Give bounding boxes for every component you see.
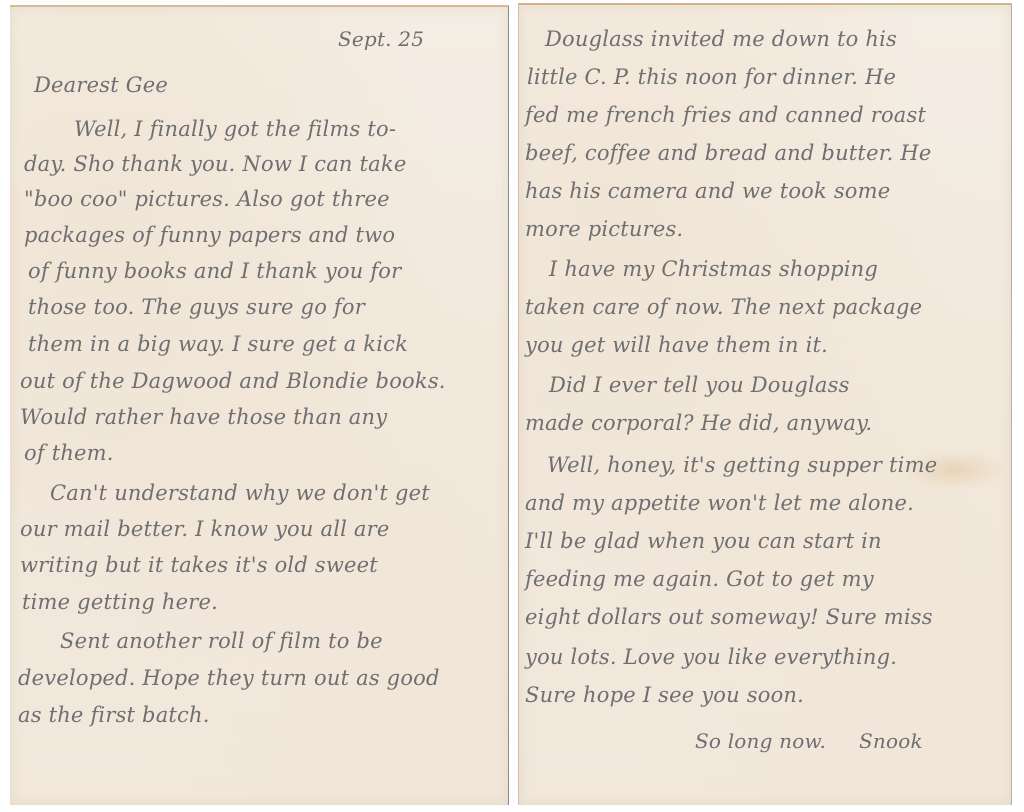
letter-line: out of the Dagwood and Blondie books.	[20, 369, 446, 393]
letter-scan: Sept. 25 Dearest Gee Well, I finally got…	[0, 0, 1024, 812]
letter-page-left: Sept. 25 Dearest Gee Well, I finally got…	[10, 5, 509, 805]
closing: So long now.	[695, 729, 826, 753]
letter-line: developed. Hope they turn out as good	[18, 666, 440, 690]
letter-line: writing but it takes it's old sweet	[20, 553, 378, 577]
letter-line: day. Sho thank you. Now I can take	[24, 152, 406, 176]
letter-line: I'll be glad when you can start in	[525, 529, 882, 553]
signature: Snook	[859, 729, 923, 753]
letter-line: Douglass invited me down to his	[545, 27, 897, 51]
letter-line: and my appetite won't let me alone.	[525, 491, 914, 515]
letter-line: taken care of now. The next package	[525, 295, 922, 319]
salutation: Dearest Gee	[34, 73, 168, 97]
letter-line: fed me french fries and canned roast	[525, 103, 926, 127]
letter-line: Well, I finally got the films to-	[74, 117, 396, 141]
letter-line: Sent another roll of film to be	[60, 629, 383, 653]
letter-line: time getting here.	[22, 590, 218, 614]
letter-line: you lots. Love you like everything.	[525, 645, 897, 669]
letter-line: as the first batch.	[18, 703, 210, 727]
letter-line: Would rather have those than any	[20, 405, 387, 429]
letter-line: of funny books and I thank you for	[28, 259, 401, 283]
letter-line: made corporal? He did, anyway.	[525, 411, 872, 435]
letter-line: you get will have them in it.	[525, 333, 828, 357]
letter-line: packages of funny papers and two	[24, 223, 395, 247]
letter-line: has his camera and we took some	[525, 179, 890, 203]
letter-line: "boo coo" pictures. Also got three	[24, 187, 390, 211]
letter-page-right: Douglass invited me down to his little C…	[518, 3, 1012, 805]
letter-line: I have my Christmas shopping	[549, 257, 878, 281]
letter-line: them in a big way. I sure get a kick	[28, 332, 408, 356]
letter-line: more pictures.	[525, 217, 683, 241]
letter-date: Sept. 25	[338, 27, 424, 51]
letter-line: little C. P. this noon for dinner. He	[527, 65, 896, 89]
letter-line: Sure hope I see you soon.	[525, 683, 804, 707]
letter-line: those too. The guys sure go for	[28, 295, 365, 319]
letter-line: eight dollars out someway! Sure miss	[525, 605, 933, 629]
letter-line: feeding me again. Got to get my	[525, 567, 874, 591]
letter-line: Can't understand why we don't get	[50, 481, 430, 505]
letter-line: our mail better. I know you all are	[20, 517, 390, 541]
letter-line: beef, coffee and bread and butter. He	[525, 141, 932, 165]
letter-line: Well, honey, it's getting supper time	[547, 453, 937, 477]
letter-line: Did I ever tell you Douglass	[549, 373, 850, 397]
letter-line: of them.	[24, 441, 114, 465]
